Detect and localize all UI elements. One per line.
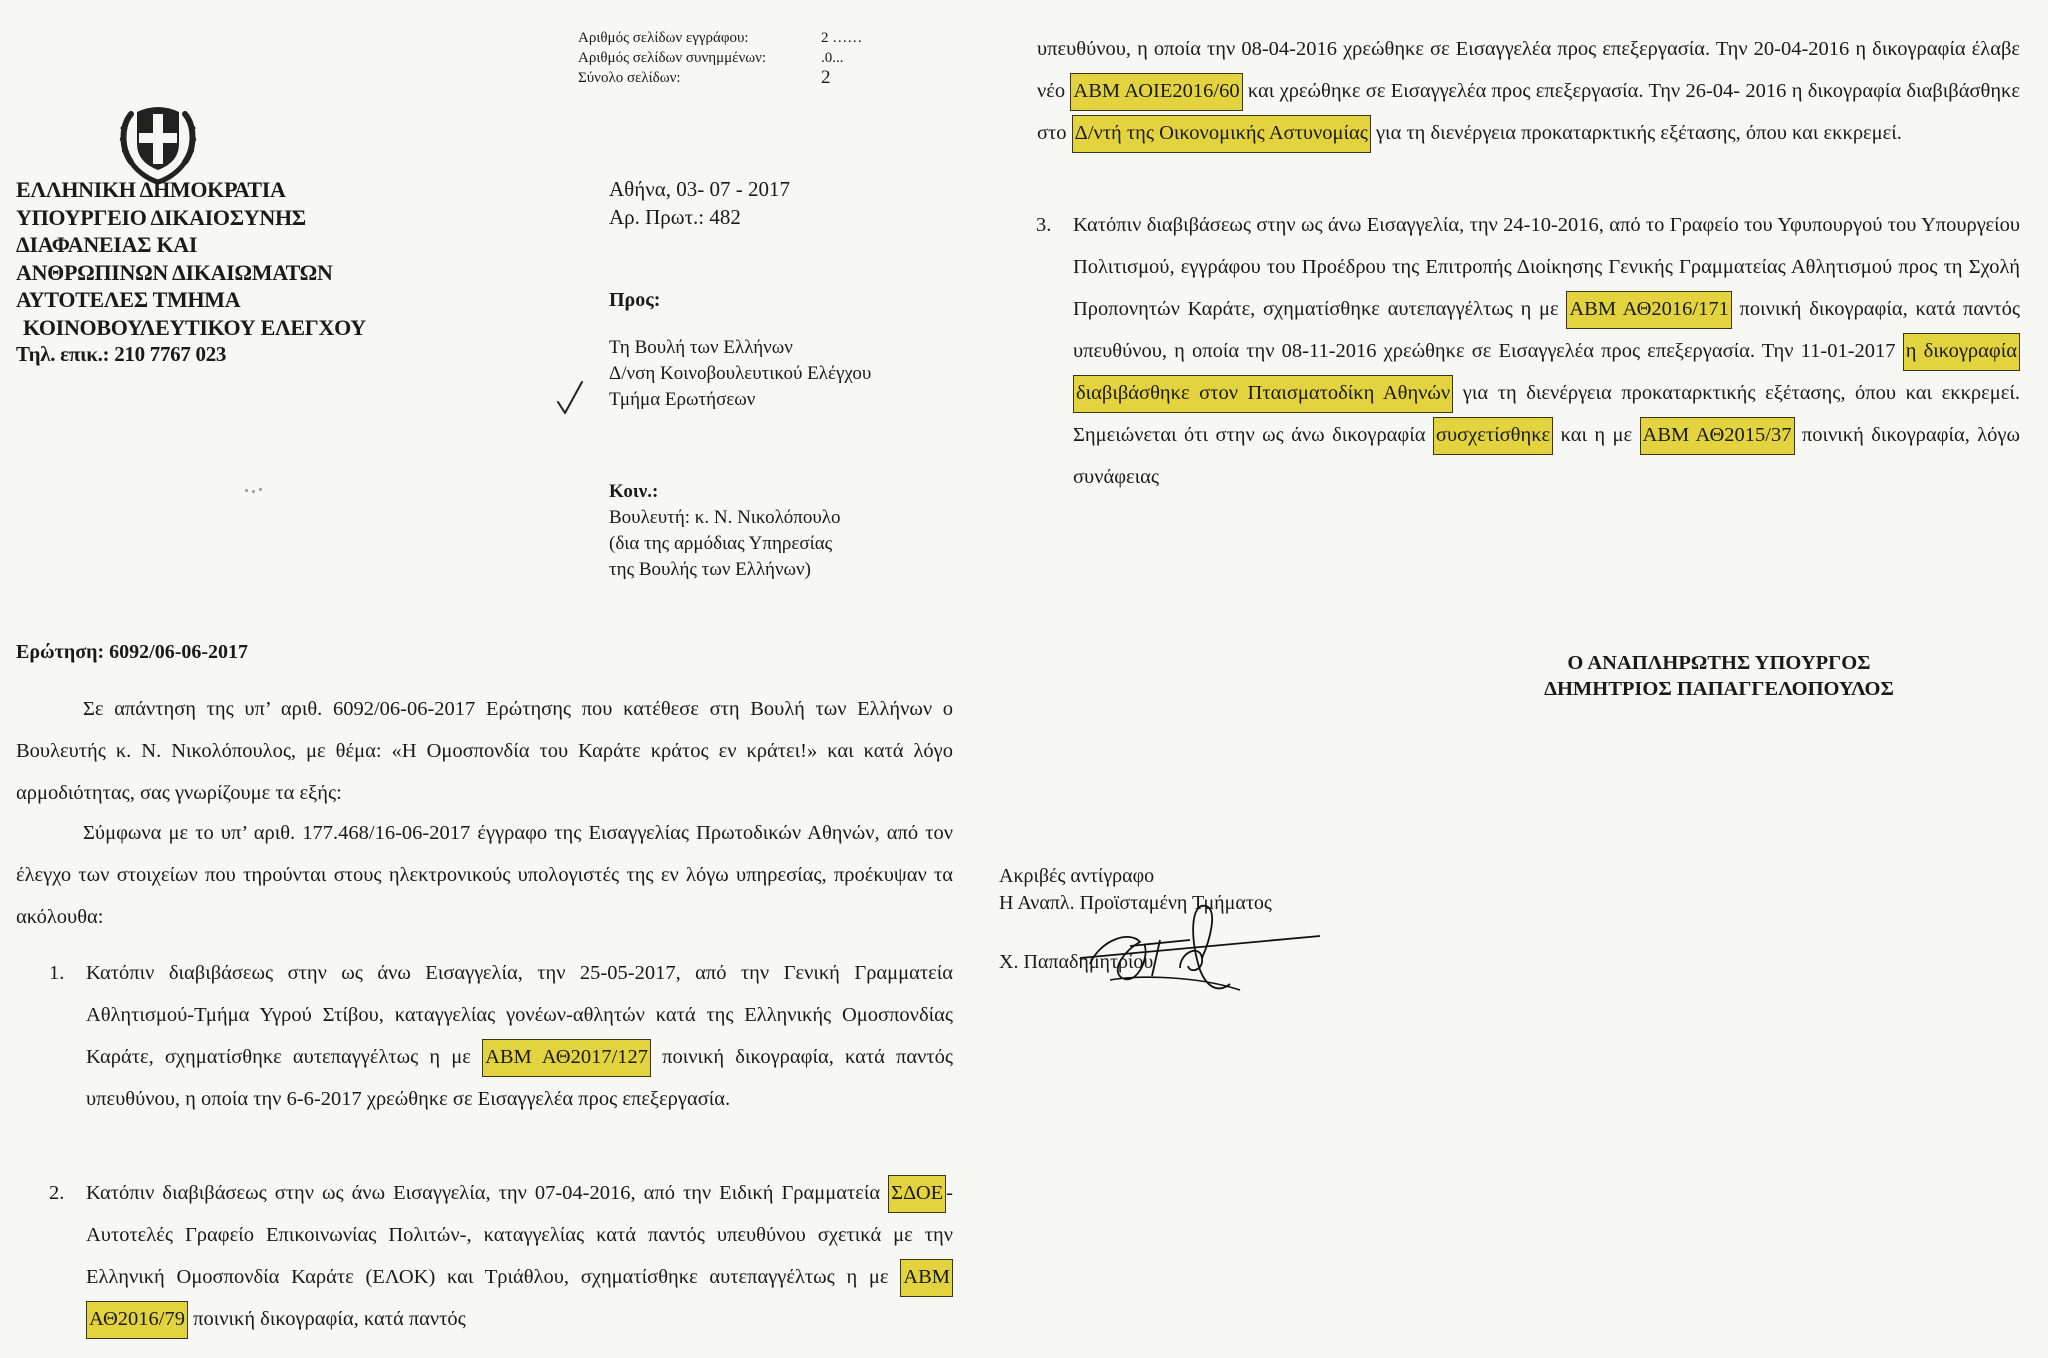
total-pages-row: Σύνολο σελίδων: 2	[578, 68, 862, 88]
attachment-pages-label: Αριθμός σελίδων συνημμένων:	[578, 48, 821, 68]
attachment-pages-value: .0...	[821, 48, 844, 68]
protocol-number: Αρ. Πρωτ.: 482	[609, 203, 790, 231]
recipients-block: Προς: Τη Βουλή των Ελλήνων Δ/νση Κοινοβο…	[609, 287, 871, 413]
continuation-text: υπευθύνου, η οποία την 08-04-2016 χρεώθη…	[1037, 38, 2020, 153]
recipient-line: Δ/νση Κοινοβουλευτικού Ελέγχου	[609, 361, 871, 387]
total-pages-value: 2	[821, 68, 831, 88]
list-item-text: Κατόπιν διαβιβάσεως στην ως άνω Εισαγγελ…	[86, 962, 953, 1110]
list-item-2: 2. Κατόπιν διαβιβάσεως στην ως άνω Εισαγ…	[86, 1172, 953, 1340]
total-pages-label: Σύνολο σελίδων:	[578, 68, 821, 88]
cc-title: Κοιν.:	[609, 479, 841, 505]
list-item-text: Κατόπιν διαβιβάσεως στην ως άνω Εισαγγελ…	[86, 1175, 953, 1339]
sender-line: ΥΠΟΥΡΓΕΙΟ ΔΙΚΑΙΟΣΥΝΗΣ	[16, 204, 366, 232]
highlighted-reference: ΑΒΜ ΑΟΙΕ2016/60	[1070, 73, 1242, 111]
document-pages-value: 2 ……	[821, 28, 862, 48]
list-item-number: 2.	[49, 1172, 64, 1214]
sender-line: ΑΝΘΡΩΠΙΝΩΝ ΔΙΚΑΙΩΜΑΤΩΝ	[16, 259, 366, 287]
checkmark-icon	[556, 380, 584, 416]
cc-line: της Βουλής των Ελλήνων)	[609, 557, 841, 583]
sender-line: ΔΙΑΦΑΝΕΙΑΣ ΚΑΙ	[16, 231, 366, 259]
handwritten-signature-icon	[1040, 900, 1330, 1010]
document-page-1: Αριθμός σελίδων εγγράφου: 2 …… Αριθμός σ…	[0, 0, 1010, 1358]
item-2-continuation: υπευθύνου, η οποία την 08-04-2016 χρεώθη…	[1037, 28, 2020, 154]
cc-line: (δια της αρμόδιας Υπηρεσίας	[609, 531, 841, 557]
body-text: ποινική δικογραφία, κατά παντός	[188, 1308, 466, 1330]
recipient-line: Τμήμα Ερωτήσεων	[609, 387, 871, 413]
highlighted-reference: ΣΔΟΕ	[888, 1175, 946, 1213]
body-text: για τη διενέργεια προκαταρκτικής εξέταση…	[1371, 122, 1902, 144]
document-page-2: υπευθύνου, η οποία την 08-04-2016 χρεώθη…	[1010, 0, 2048, 1358]
signoff-title: Ο ΑΝΑΠΛΗΡΩΤΗΣ ΥΠΟΥΡΓΟΣ	[1479, 650, 1959, 676]
sender-line: ΚΟΙΝΟΒΟΥΛΕΥΤΙΚΟΥ ΕΛΕΓΧΟΥ	[16, 314, 366, 342]
sender-phone: Τηλ. επικ.: 210 7767 023	[16, 341, 366, 369]
body-text: Κατόπιν διαβιβάσεως στην ως άνω Εισαγγελ…	[86, 1182, 888, 1204]
recipients-title: Προς:	[609, 287, 871, 313]
question-reference: Ερώτηση: 6092/06-06-2017	[16, 641, 248, 664]
attachment-pages-row: Αριθμός σελίδων συνημμένων: .0...	[578, 48, 862, 68]
sender-line: ΕΛΛΗΝΙΚΗ ΔΗΜΟΚΡΑΤΙΑ	[16, 176, 366, 204]
body-text: και η με	[1553, 424, 1639, 446]
highlighted-reference: ΑΒΜ ΑΘ2017/127	[482, 1039, 651, 1077]
document-date: Αθήνα, 03- 07 - 2017	[609, 175, 790, 203]
greek-coat-of-arms-icon	[117, 100, 199, 186]
highlighted-reference: ΑΒΜ ΑΘ2016/171	[1566, 291, 1732, 329]
recipient-line: Τη Βουλή των Ελλήνων	[609, 335, 871, 361]
sender-header: ΕΛΛΗΝΙΚΗ ΔΗΜΟΚΡΑΤΙΑ ΥΠΟΥΡΓΕΙΟ ΔΙΚΑΙΟΣΥΝΗ…	[16, 176, 366, 369]
document-pages-label: Αριθμός σελίδων εγγράφου:	[578, 28, 821, 48]
highlighted-reference: Δ/ντή της Οικονομικής Αστυνομίας	[1072, 115, 1371, 153]
list-item-number: 3.	[1036, 204, 1051, 246]
intro-paragraph: Σε απάντηση της υπ’ αριθ. 6092/06-06-201…	[16, 688, 953, 814]
cc-block: Κοιν.: Βουλευτή: κ. Ν. Νικολόπουλο (δια …	[609, 479, 841, 583]
page-count-block: Αριθμός σελίδων εγγράφου: 2 …… Αριθμός σ…	[578, 28, 862, 88]
signoff-name: ΔΗΜΗΤΡΙΟΣ ΠΑΠΑΓΓΕΛΟΠΟΥΛΟΣ	[1479, 676, 1959, 702]
list-item-text: Κατόπιν διαβιβάσεως στην ως άνω Εισαγγελ…	[1073, 214, 2020, 488]
sender-line: ΑΥΤΟΤΕΛΕΣ ΤΜΗΜΑ	[16, 286, 366, 314]
list-item-3: 3. Κατόπιν διαβιβάσεως στην ως άνω Εισαγ…	[1073, 204, 2020, 498]
highlighted-reference: συσχετίσθηκε	[1433, 417, 1553, 455]
scan-smudge	[245, 487, 267, 493]
highlighted-reference: ΑΒΜ ΑΘ2015/37	[1640, 417, 1795, 455]
prosecutor-paragraph: Σύμφωνα με το υπ’ αριθ. 177.468/16-06-20…	[16, 812, 953, 938]
document-pages-row: Αριθμός σελίδων εγγράφου: 2 ……	[578, 28, 862, 48]
list-item-number: 1.	[49, 952, 64, 994]
certified-copy-label: Ακριβές αντίγραφο	[999, 863, 1272, 890]
date-protocol-block: Αθήνα, 03- 07 - 2017 Αρ. Πρωτ.: 482	[609, 175, 790, 231]
minister-signoff: Ο ΑΝΑΠΛΗΡΩΤΗΣ ΥΠΟΥΡΓΟΣ ΔΗΜΗΤΡΙΟΣ ΠΑΠΑΓΓΕ…	[1479, 650, 1959, 702]
list-item-1: 1. Κατόπιν διαβιβάσεως στην ως άνω Εισαγ…	[86, 952, 953, 1120]
cc-line: Βουλευτή: κ. Ν. Νικολόπουλο	[609, 505, 841, 531]
